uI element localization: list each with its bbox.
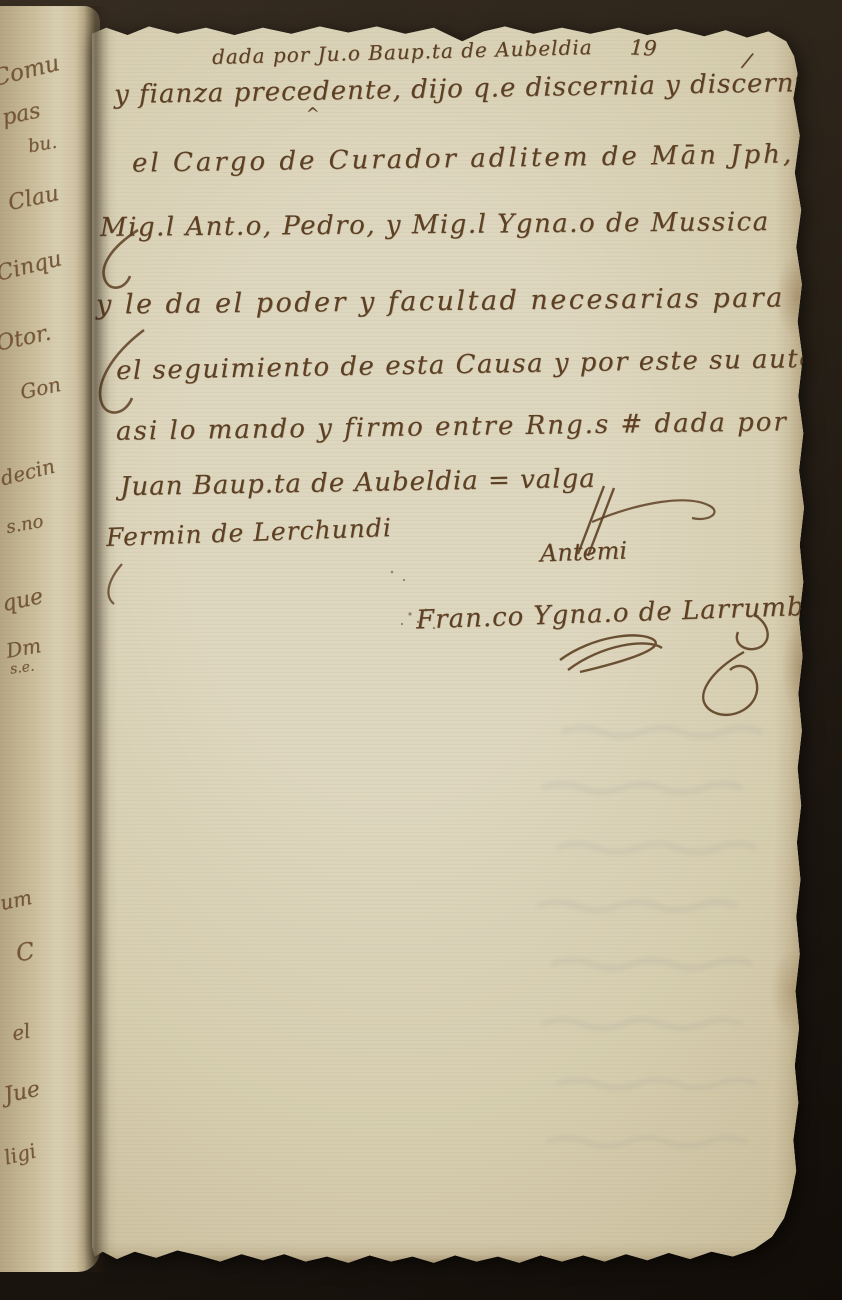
margin-fragment: Cinqu	[0, 246, 64, 286]
margin-fragment: bu.	[26, 132, 58, 158]
photo-background: { "document": { "kind": "handwritten man…	[0, 0, 842, 1300]
margin-fragment: el	[10, 1019, 32, 1046]
margin-fragment: s.e.	[9, 658, 35, 677]
margin-fragment: ligi	[2, 1138, 39, 1169]
flourish-left-swash	[108, 564, 122, 604]
attestation-ante-mi: Antemi	[540, 536, 628, 567]
insertion-caret-mark: ^	[306, 104, 319, 123]
margin-fragment: que	[0, 584, 45, 617]
margin-fragment: s.no	[4, 511, 44, 538]
signature-left: Fermin de Lerchundi	[106, 513, 393, 552]
page-fold-shadow	[84, 6, 110, 1272]
margin-fragment: Comu	[0, 50, 62, 92]
margin-fragment: um	[0, 885, 34, 915]
text-line: Mig.l Ant.o, Pedro, y Mig.l Ygna.o de Mu…	[100, 207, 770, 243]
flourish-ante-mi	[592, 500, 715, 522]
margin-fragment: decin	[0, 454, 57, 491]
margin-fragment: Dm	[4, 633, 43, 663]
signature-rubric	[560, 635, 662, 672]
interlinear-annotation: dada por Ju.o Baup.ta de Aubeldia	[212, 35, 593, 69]
margin-fragment: C	[14, 937, 37, 968]
manuscript-page: dada por Ju.o Baup.ta de Aubeldia ^ 19 /…	[92, 24, 804, 1264]
text-line: el Cargo de Curador adlitem de Mān Jph,	[132, 139, 795, 178]
signature-terminal-loop	[703, 616, 767, 715]
text-line: asi lo mando y firmo entre Rng.s # dada …	[116, 407, 788, 446]
margin-fragment: pas	[0, 98, 43, 130]
margin-fragment: Gon	[18, 372, 63, 404]
signature-notary: Fran.co Ygna.o de Larrumbide	[416, 590, 842, 635]
text-line: el seguimiento de esta Causa y por este …	[116, 344, 817, 386]
text-line: y le da el poder y facultad necesarias p…	[96, 282, 785, 320]
margin-fragment: Clau	[6, 181, 61, 216]
text-line: Juan Baup.ta de Aubeldia = valga	[120, 464, 596, 502]
margin-fragment: Otor.	[0, 321, 53, 357]
text-line: y fianza precedente, dijo q.e discernia …	[114, 68, 821, 110]
verso-show-through	[537, 728, 762, 1146]
manuscript-page-wrap: dada por Ju.o Baup.ta de Aubeldia ^ 19 /…	[92, 24, 804, 1264]
folio-number: 19	[629, 35, 657, 60]
margin-fragment: Jue	[2, 1077, 42, 1109]
